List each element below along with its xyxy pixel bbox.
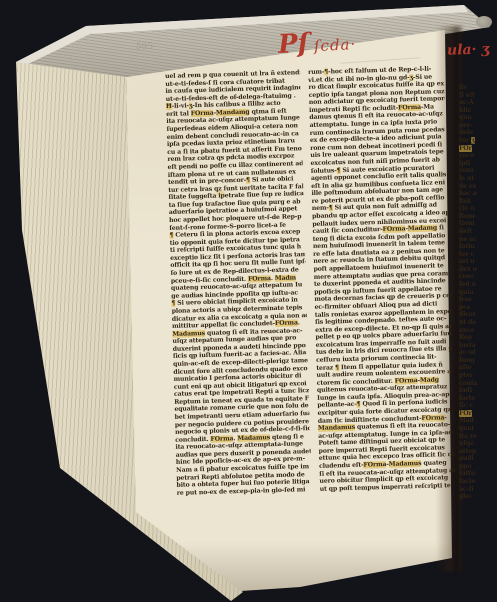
text-line: iuſtu xyxy=(459,470,497,478)
facing-page-text-column: ſicſi eſtac-Ablicquapre-deletur ʒFOrcaco… xyxy=(459,84,497,504)
text-line: iudi xyxy=(459,387,497,395)
text-line: blic xyxy=(459,107,497,115)
text-line: fuit xyxy=(459,198,497,206)
text-line: quia xyxy=(459,289,497,297)
text-line: attep xyxy=(459,448,497,456)
text-line: ter c xyxy=(459,251,497,259)
text-line: deſt xyxy=(459,228,497,236)
text-block: uel ad rem p qua couenit ut lra ñ extend… xyxy=(165,65,456,497)
text-line: bac a xyxy=(459,190,497,198)
text-line: Rep xyxy=(459,334,497,342)
text-line: ac-uſ xyxy=(459,349,497,357)
text-line: exco xyxy=(459,327,497,335)
text-line: Iung xyxy=(459,357,497,365)
text-line: cic o xyxy=(459,205,497,213)
text-line: pter xyxy=(459,372,497,380)
text-line: ſione xyxy=(459,213,497,221)
text-line: alio xyxy=(459,364,497,372)
text-line: pre- xyxy=(459,122,497,130)
bookblock-corner xyxy=(476,16,492,28)
text-line: uſqz xyxy=(459,440,497,448)
text-line: conc xyxy=(459,273,497,281)
text-line: FOr xyxy=(459,145,497,153)
text-line: ppo xyxy=(459,463,497,471)
text-line: lras xyxy=(459,296,497,304)
text-line: dex u xyxy=(459,266,497,274)
text-line: pce xyxy=(459,304,497,312)
text-line: tioni xyxy=(459,220,497,228)
text-line: ari u xyxy=(459,258,497,266)
text-line: forte xyxy=(459,395,497,403)
text-line: ſed n xyxy=(459,281,497,289)
text-line: dicat xyxy=(459,311,497,319)
text-line: ſi eſt xyxy=(459,92,497,100)
text-line: ita re xyxy=(459,433,497,441)
text-column-left: uel ad rem p qua couenit ut lra ñ extend… xyxy=(165,69,312,497)
text-line: FOr xyxy=(459,410,497,418)
text-line: ſic xyxy=(459,84,497,92)
text-line: dele xyxy=(459,129,497,137)
text-line: facie xyxy=(459,478,497,486)
text-line: ac-A xyxy=(459,99,497,107)
text-line: cauſa xyxy=(459,380,497,388)
text-line: ipſi xyxy=(459,160,497,168)
text-line: caco xyxy=(459,152,497,160)
text-line: ut de xyxy=(459,319,497,327)
text-line: quat xyxy=(459,425,497,433)
text-line: audi xyxy=(459,455,497,463)
text-line: ſic c xyxy=(459,402,497,410)
pencil-folio-number: 595 xyxy=(136,42,154,53)
text-line: ſatiu xyxy=(459,243,497,251)
running-title-initial: Pſ xyxy=(277,28,309,60)
text-line: de ex xyxy=(459,183,497,191)
photograph-of-open-incunabulum: { "rubric": { "left_initial": "Pſ", "lef… xyxy=(0,0,497,602)
text-line: tur ʒ xyxy=(459,137,497,145)
text-line: cont xyxy=(459,167,497,175)
text-line: ac-ſi xyxy=(459,486,497,494)
text-line: qua xyxy=(459,114,497,122)
text-line: ne ac xyxy=(459,236,497,244)
text-line: iuxta xyxy=(459,342,497,350)
text-line: le ut xyxy=(459,175,497,183)
text-line: Mad xyxy=(459,417,497,425)
text-line: glo- xyxy=(459,493,497,501)
text-column-right: rum-¶-hoc eſt falſum ut de Rep-c-l-li-vi… xyxy=(308,65,456,493)
facing-page-running-title: ula· ʒ xyxy=(447,41,490,58)
